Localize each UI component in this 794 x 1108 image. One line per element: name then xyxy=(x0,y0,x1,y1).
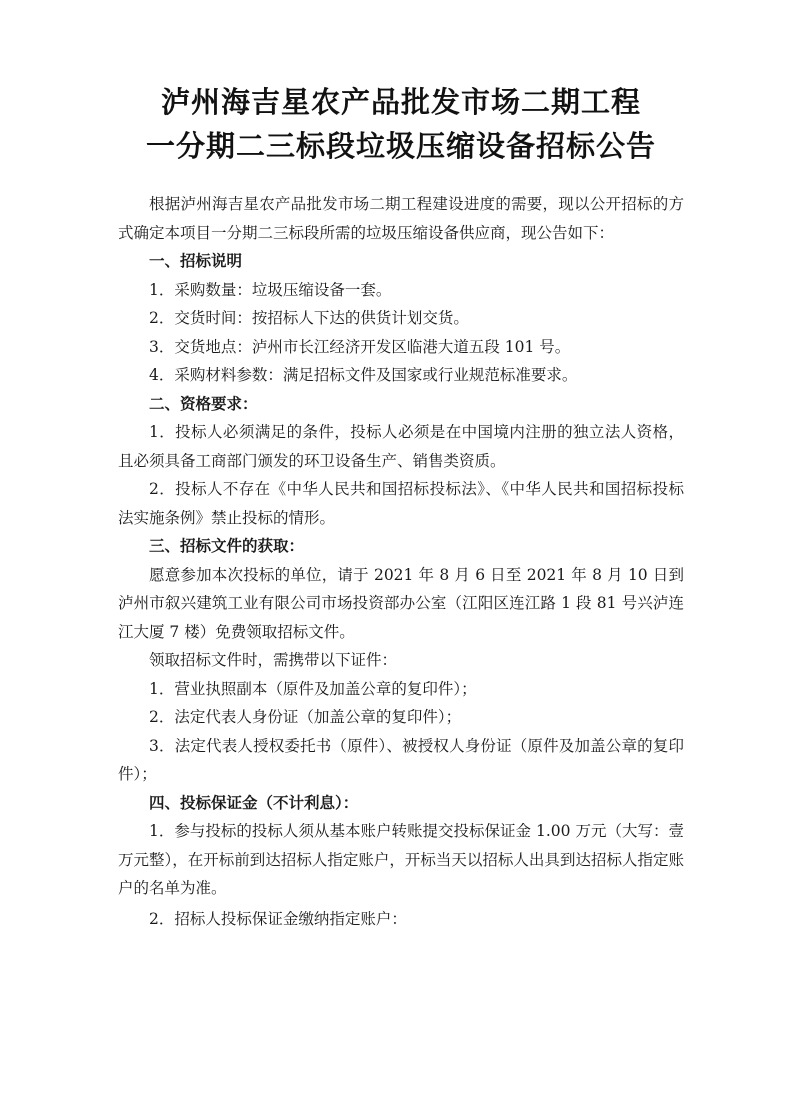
list-item: 1．采购数量：垃圾压缩设备一套。 xyxy=(118,276,684,305)
title-line-1: 泸州海吉星农产品批发市场二期工程 xyxy=(118,80,684,124)
section-heading: 四、投标保证金（不计利息）： xyxy=(118,789,684,818)
section-qualification: 二、资格要求： 1．投标人必须满足的条件，投标人必须是在中国境内注册的独立法人资… xyxy=(118,390,684,533)
list-item: 3．法定代表人授权委托书（原件）、被授权人身份证（原件及加盖公章的复印件）； xyxy=(118,732,684,789)
document-title: 泸州海吉星农产品批发市场二期工程 一分期二三标段垃圾压缩设备招标公告 xyxy=(118,80,684,168)
list-item: 2．招标人投标保证金缴纳指定账户： xyxy=(118,905,684,934)
list-item: 3．交货地点：泸州市长江经济开发区临港大道五段 101 号。 xyxy=(118,333,684,362)
paragraph: 领取招标文件时，需携带以下证件： xyxy=(118,646,684,675)
section-bid-bond: 四、投标保证金（不计利息）： 1．参与投标的投标人须从基本账户转账提交投标保证金… xyxy=(118,789,684,934)
section-bidding-description: 一、招标说明 1．采购数量：垃圾压缩设备一套。 2．交货时间：按招标人下达的供货… xyxy=(118,247,684,390)
list-item: 2．法定代表人身份证（加盖公章的复印件）； xyxy=(118,703,684,732)
section-document-acquisition: 三、招标文件的获取： 愿意参加本次投标的单位，请于 2021 年 8 月 6 日… xyxy=(118,532,684,789)
list-item: 4．采购材料参数：满足招标文件及国家或行业规范标准要求。 xyxy=(118,361,684,390)
title-line-2: 一分期二三标段垃圾压缩设备招标公告 xyxy=(118,124,684,168)
list-item: 2．交货时间：按招标人下达的供货计划交货。 xyxy=(118,304,684,333)
list-item: 2．投标人不存在《中华人民共和国招标投标法》、《中华人民共和国招标投标法实施条例… xyxy=(118,475,684,532)
section-heading: 一、招标说明 xyxy=(118,247,684,276)
list-item: 1．营业执照副本（原件及加盖公章的复印件）； xyxy=(118,675,684,704)
list-item: 1．参与投标的投标人须从基本账户转账提交投标保证金 1.00 万元（大写：壹万元… xyxy=(118,817,684,903)
section-heading: 二、资格要求： xyxy=(118,390,684,419)
list-item: 1．投标人必须满足的条件，投标人必须是在中国境内注册的独立法人资格，且必须具备工… xyxy=(118,418,684,475)
section-heading: 三、招标文件的获取： xyxy=(118,532,684,561)
intro-paragraph: 根据泸州海吉星农产品批发市场二期工程建设进度的需要，现以公开招标的方式确定本项目… xyxy=(118,190,684,247)
document-page: 泸州海吉星农产品批发市场二期工程 一分期二三标段垃圾压缩设备招标公告 根据泸州海… xyxy=(118,80,684,933)
paragraph: 愿意参加本次投标的单位，请于 2021 年 8 月 6 日至 2021 年 8 … xyxy=(118,561,684,647)
